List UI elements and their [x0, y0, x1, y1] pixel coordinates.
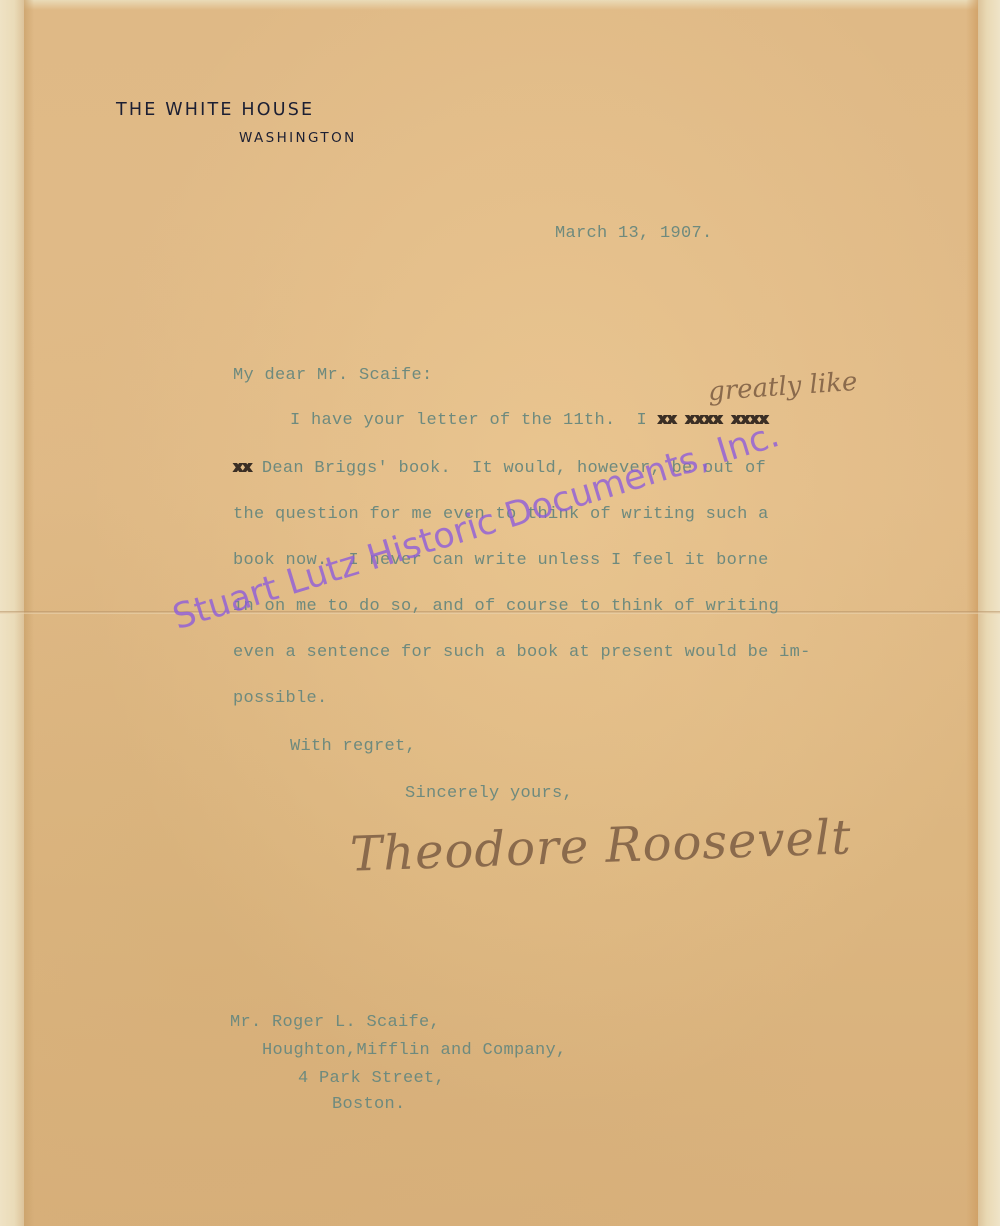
body-line-6: even a sentence for such a book at prese… — [233, 643, 811, 662]
paper-top-edge — [0, 0, 1000, 10]
address-line-4: Boston. — [332, 1095, 406, 1114]
struck-out-prefix: xx — [233, 459, 251, 478]
address-line-1: Mr. Roger L. Scaife, — [230, 1013, 440, 1032]
salutation: My dear Mr. Scaife: — [233, 366, 433, 385]
letterhead-subtitle: WASHINGTON — [239, 130, 357, 146]
body-line-5: in on me to do so, and of course to thin… — [233, 597, 779, 616]
address-line-2: Houghton,Mifflin and Company, — [262, 1041, 567, 1060]
body-line-1: I have your letter of the 11th. I xx xxx… — [290, 411, 768, 430]
letter-date: March 13, 1907. — [555, 224, 713, 243]
body-line-1-text: I have your letter of the 11th. I — [290, 411, 647, 430]
closing-sincerely: Sincerely yours, — [405, 784, 573, 803]
closing-regret: With regret, — [290, 737, 416, 756]
address-line-3: 4 Park Street, — [298, 1069, 445, 1088]
letterhead-title: THE WHITE HOUSE — [116, 100, 314, 120]
body-line-7: possible. — [233, 689, 328, 708]
